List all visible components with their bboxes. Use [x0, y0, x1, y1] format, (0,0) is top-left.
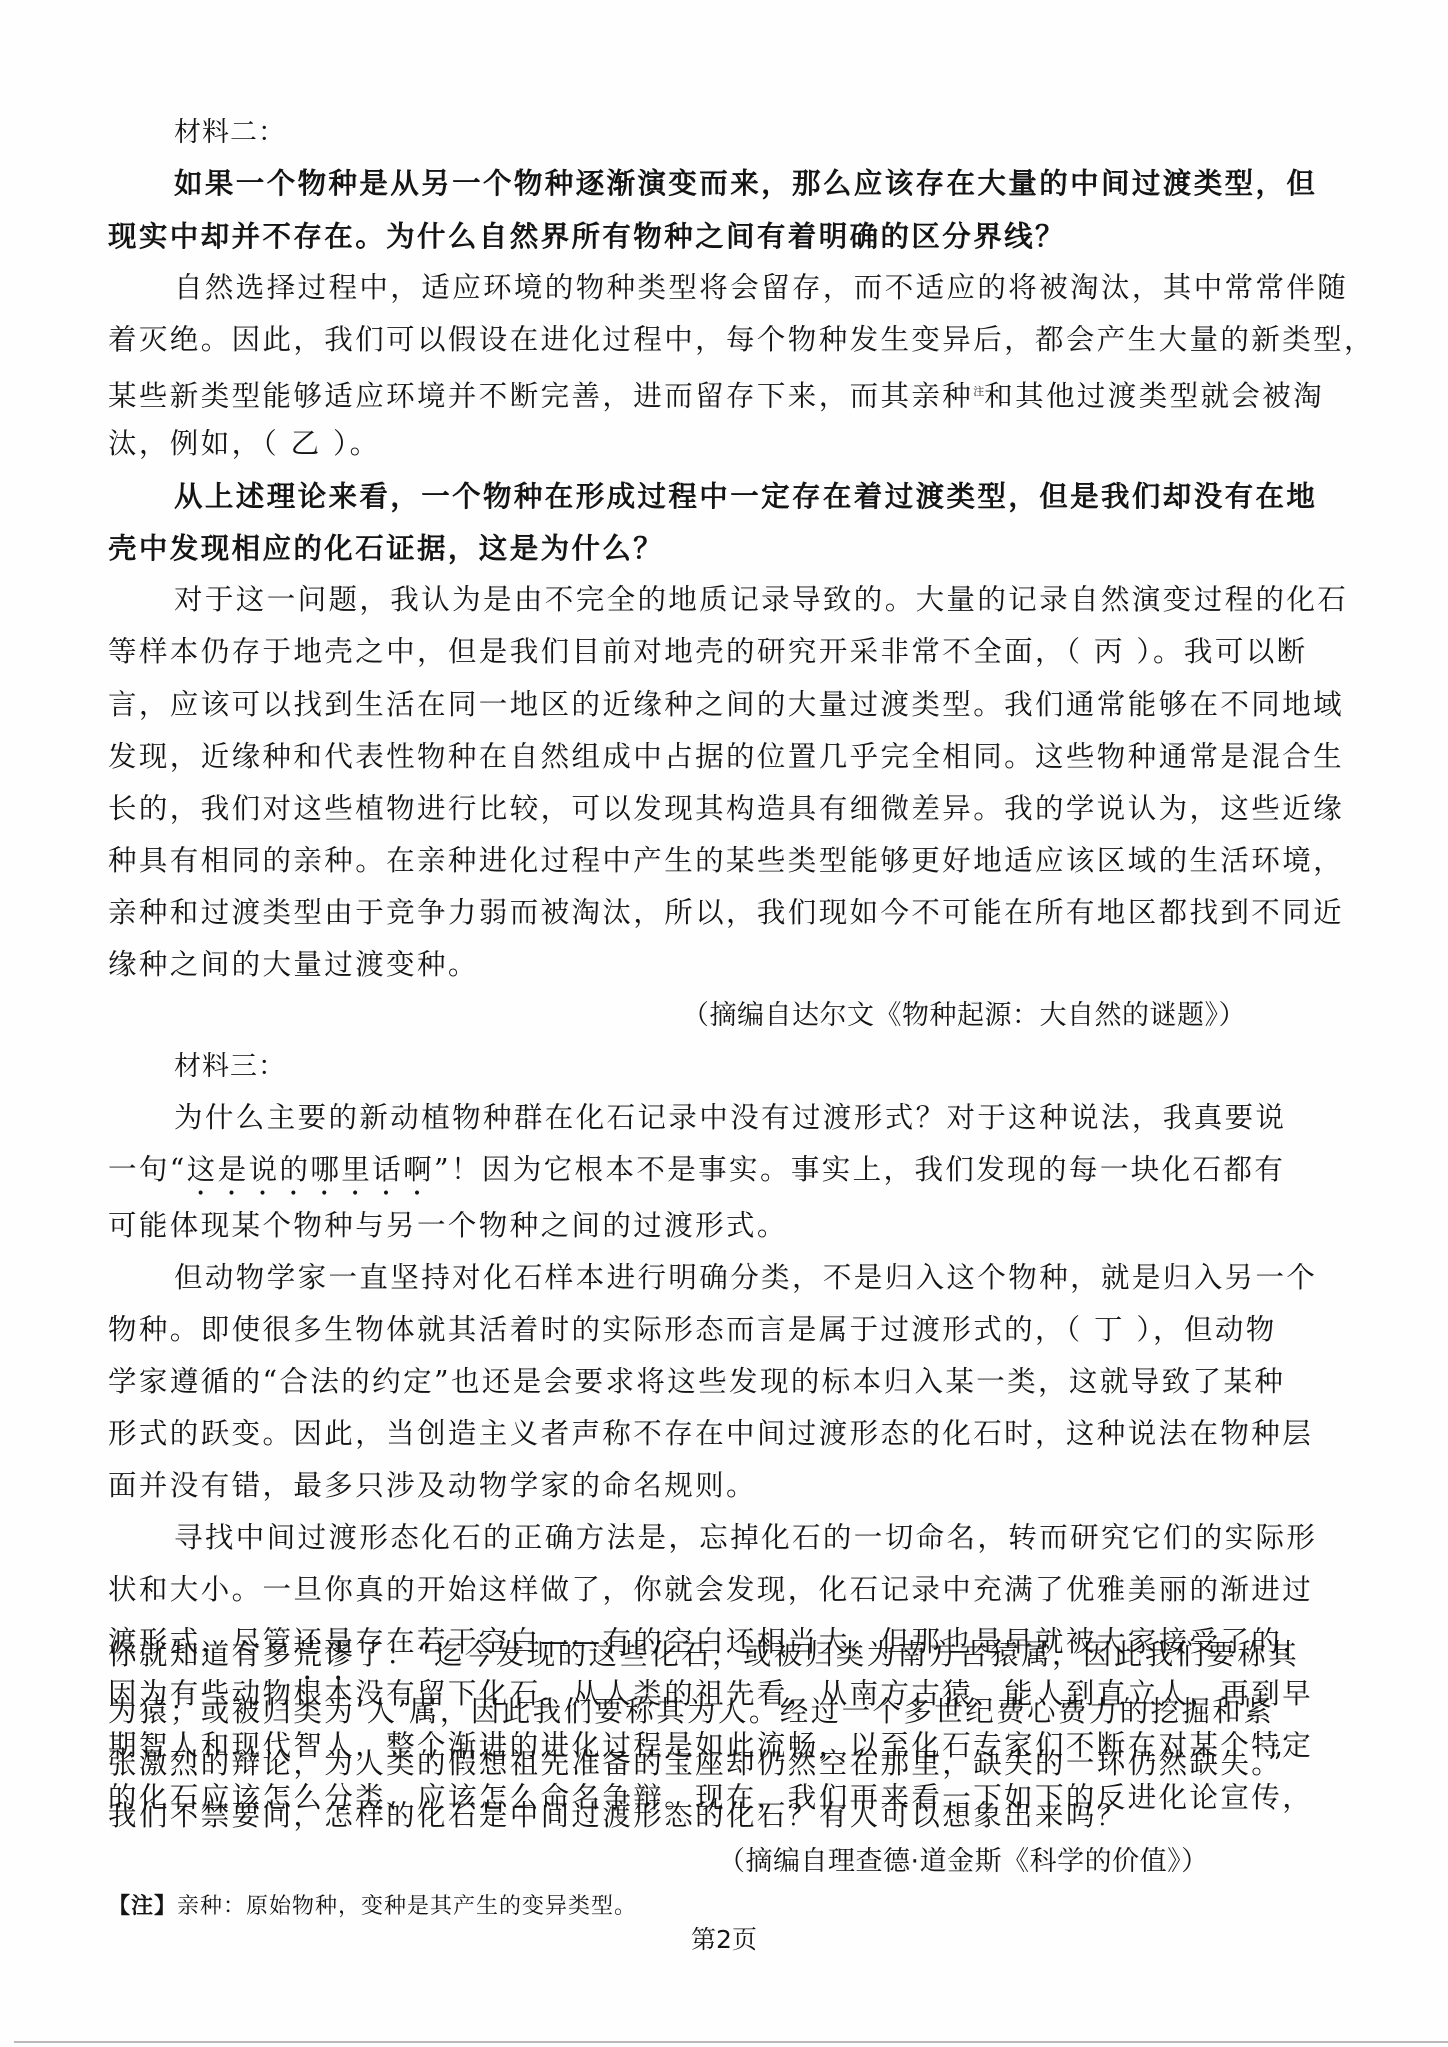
text-segment: 某些新类型能够适应环境并不断完善，进而留存下来，而其亲种: [108, 380, 973, 413]
material2-heading: 材料二：: [174, 113, 286, 153]
material3-text-line: 物种。即使很多生物体就其活着时的实际形态而言是属于过渡形式的，（ 丁 ），但动物: [108, 1310, 1277, 1350]
exam-page: 材料二： 如果一个物种是从另一个物种逐渐演变而来，那么应该存在大量的中间过渡类型…: [0, 0, 1448, 2047]
material3-text-line: 张激烈的辩论，为人类的假想祖先准备的宝座却仍然空在那里，缺失的一环仍然缺失。”: [108, 1744, 1285, 1784]
material2-text-line: 汰，例如，（ 乙 ）。: [108, 424, 381, 464]
material2-text-line: 对于这一问题，我认为是由不完全的地质记录导致的。大量的记录自然演变过程的化石: [174, 580, 1348, 620]
emphasized-phrase: 这是说的哪里话啊: [187, 1153, 434, 1186]
footnote-text: 亲种：原始物种，变种是其产生的变异类型。: [177, 1894, 637, 1919]
material2-question-line: 壳中发现相应的化石证据，这是为什么？: [108, 528, 664, 568]
material2-text-line: 言，应该可以找到生活在同一地区的近缘种之间的大量过渡类型。我们通常能够在不同地域: [108, 685, 1344, 725]
material2-text-line: 某些新类型能够适应环境并不断完善，进而留存下来，而其亲种注和其他过渡类型就会被淘: [108, 372, 1324, 417]
material3-text-line: 你就知道有多荒谬了：“迄今发现的这些化石，或被归类为南方古猿属，因此我们要称其: [108, 1635, 1299, 1687]
emphasized-phrase: 荒谬: [293, 1638, 355, 1671]
text-segment: 和其他过渡类型就会被淘: [984, 380, 1324, 413]
material3-text-line: 但动物学家一直坚持对化石样本进行明确分类，不是归入这个物种，就是归入另一个: [174, 1258, 1317, 1298]
text-segment: 你就知道有多: [108, 1638, 293, 1671]
material3-text-line: 面并没有错，最多只涉及动物学家的命名规则。: [108, 1466, 757, 1506]
material3-text-line: 我们不禁要问，怎样的化石是中间过渡形态的化石？有人可以想象出来吗？: [108, 1796, 1128, 1836]
material3-text-line: 可能体现某个物种与另一个物种之间的过渡形式。: [108, 1206, 788, 1246]
material2-question-line: 从上述理论来看，一个物种在形成过程中一定存在着过渡类型，但是我们却没有在地: [174, 476, 1317, 516]
page-number: 第2页: [0, 1920, 1448, 1956]
page-bottom-rule: [14, 2041, 1448, 2043]
material2-source: （摘编自达尔文《物种起源：大自然的谜题》）: [682, 996, 1246, 1036]
material3-text-line: 学家遵循的“合法的约定”也还是会要求将这些发现的标本归入某一类，这就导致了某种: [108, 1362, 1285, 1402]
footnote-tag: 【注】: [108, 1893, 177, 1919]
material2-text-line: 缘种之间的大量过渡变种。: [108, 945, 479, 985]
material3-text-line: 一句“这是说的哪里话啊”！因为它根本不是事实。事实上，我们发现的每一块化石都有: [108, 1150, 1285, 1202]
material3-heading: 材料三：: [174, 1047, 286, 1087]
material2-text-line: 自然选择过程中，适应环境的物种类型将会留存，而不适应的将被淘汰，其中常常伴随: [174, 268, 1348, 308]
material2-text-line: 长的，我们对这些植物进行比较，可以发现其构造具有细微差异。我的学说认为，这些近缘: [108, 789, 1344, 829]
material3-text-line: 为什么主要的新动植物种群在化石记录中没有过渡形式？对于这种说法，我真要说: [174, 1098, 1286, 1138]
material2-question-line: 如果一个物种是从另一个物种逐渐演变而来，那么应该存在大量的中间过渡类型，但: [174, 163, 1317, 203]
material3-text-line: 寻找中间过渡形态化石的正确方法是，忘掉化石的一切命名，转而研究它们的实际形: [174, 1518, 1317, 1558]
text-segment: 了：“迄今发现的这些化石，或被归类为南方古猿属，因此我们要称其: [355, 1638, 1299, 1671]
footnote-mark: 注: [973, 385, 984, 398]
material2-text-line: 种具有相同的亲种。在亲种进化过程中产生的某些类型能够更好地适应该区域的生活环境，: [108, 841, 1344, 881]
material2-text-line: 等样本仍存于地壳之中，但是我们目前对地壳的研究开采非常不全面，（ 丙 ）。我可以…: [108, 632, 1308, 672]
material2-text-line: 亲种和过渡类型由于竞争力弱而被淘汰，所以，我们现如今不可能在所有地区都找到不同近: [108, 893, 1344, 933]
text-segment: ”！因为它根本不是事实。事实上，我们发现的每一块化石都有: [434, 1153, 1285, 1186]
material3-text-line: 状和大小。一旦你真的开始这样做了，你就会发现，化石记录中充满了优雅美丽的渐进过: [108, 1570, 1313, 1610]
material2-text-line: 发现，近缘种和代表性物种在自然组成中占据的位置几乎完全相同。这些物种通常是混合生: [108, 737, 1344, 777]
text-segment: 一句“: [108, 1153, 187, 1186]
material3-text-line: 为猿；或被归类为‘人’属，因此我们要称其为人。经过一个多世纪费心费力的挖掘和紧: [108, 1692, 1274, 1732]
material3-source: （摘编自理查德·道金斯《科学的价值》）: [718, 1842, 1209, 1882]
material3-text-line: 形式的跃变。因此，当创造主义者声称不存在中间过渡形态的化石时，这种说法在物种层: [108, 1414, 1313, 1454]
material2-question-line: 现实中却并不存在。为什么自然界所有物种之间有着明确的区分界线？: [108, 216, 1066, 256]
material2-text-line: 着灭绝。因此，我们可以假设在进化过程中，每个物种发生变异后，都会产生大量的新类型…: [108, 320, 1375, 360]
